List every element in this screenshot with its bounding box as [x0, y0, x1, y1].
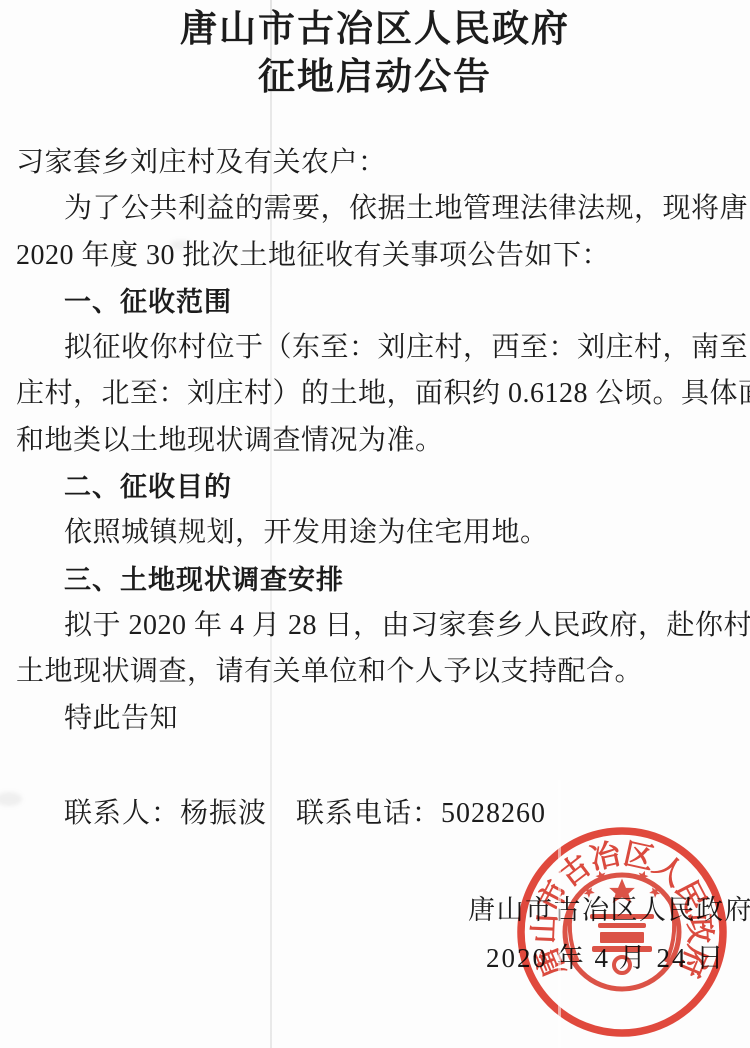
paragraph-3-line-1: 依照城镇规划，开发用途为住宅用地。	[16, 510, 732, 556]
scanned-notice-page: 唐山市古冶区人民政府 征地启动公告 习家套乡刘庄村及有关农户： 为了公共利益的需…	[0, 0, 750, 1048]
title-line-issuer: 唐山市古冶区人民政府	[0, 6, 750, 54]
section-heading-3: 三、土地现状调查安排	[16, 557, 732, 603]
paragraph-2-line-1: 拟征收你村位于（东至：刘庄村，西至：刘庄村，南至：刘	[16, 325, 732, 371]
paragraph-1-line-2: 2020 年度 30 批次土地征收有关事项公告如下：	[16, 233, 732, 279]
scan-smudge	[0, 792, 22, 806]
section-heading-2: 二、征收目的	[16, 464, 732, 510]
notice-body: 习家套乡刘庄村及有关农户： 为了公共利益的需要，依据土地管理法律法规，现将唐山市…	[16, 140, 732, 742]
paragraph-1-line-1: 为了公共利益的需要，依据土地管理法律法规，现将唐山市	[16, 186, 732, 232]
svg-text:冶: 冶	[587, 837, 624, 876]
svg-text:山: 山	[528, 913, 562, 944]
section-heading-1: 一、征收范围	[16, 279, 732, 325]
paragraph-4-line-2: 土地现状调查，请有关单位和个人予以支持配合。	[16, 649, 732, 695]
contact-line: 联系人：杨振波 联系电话：5028260	[64, 791, 546, 831]
paragraph-2-line-3: 和地类以土地现状调查情况为准。	[16, 418, 732, 464]
title-line-notice: 征地启动公告	[0, 54, 750, 102]
svg-text:政: 政	[682, 913, 716, 944]
paragraph-4-line-1: 拟于 2020 年 4 月 28 日，由习家套乡人民政府，赴你村开展	[16, 603, 732, 649]
document-title: 唐山市古冶区人民政府 征地启动公告	[0, 6, 750, 102]
salutation: 习家套乡刘庄村及有关农户：	[16, 140, 732, 186]
national-emblem-icon	[565, 869, 679, 989]
closing-phrase: 特此告知	[16, 696, 732, 742]
official-red-seal: 唐 山 市 古 冶 区 人 民 政 府	[502, 812, 742, 1048]
paragraph-2-line-2: 庄村，北至：刘庄村）的土地，面积约 0.6128 公顷。具体面积	[16, 371, 732, 417]
